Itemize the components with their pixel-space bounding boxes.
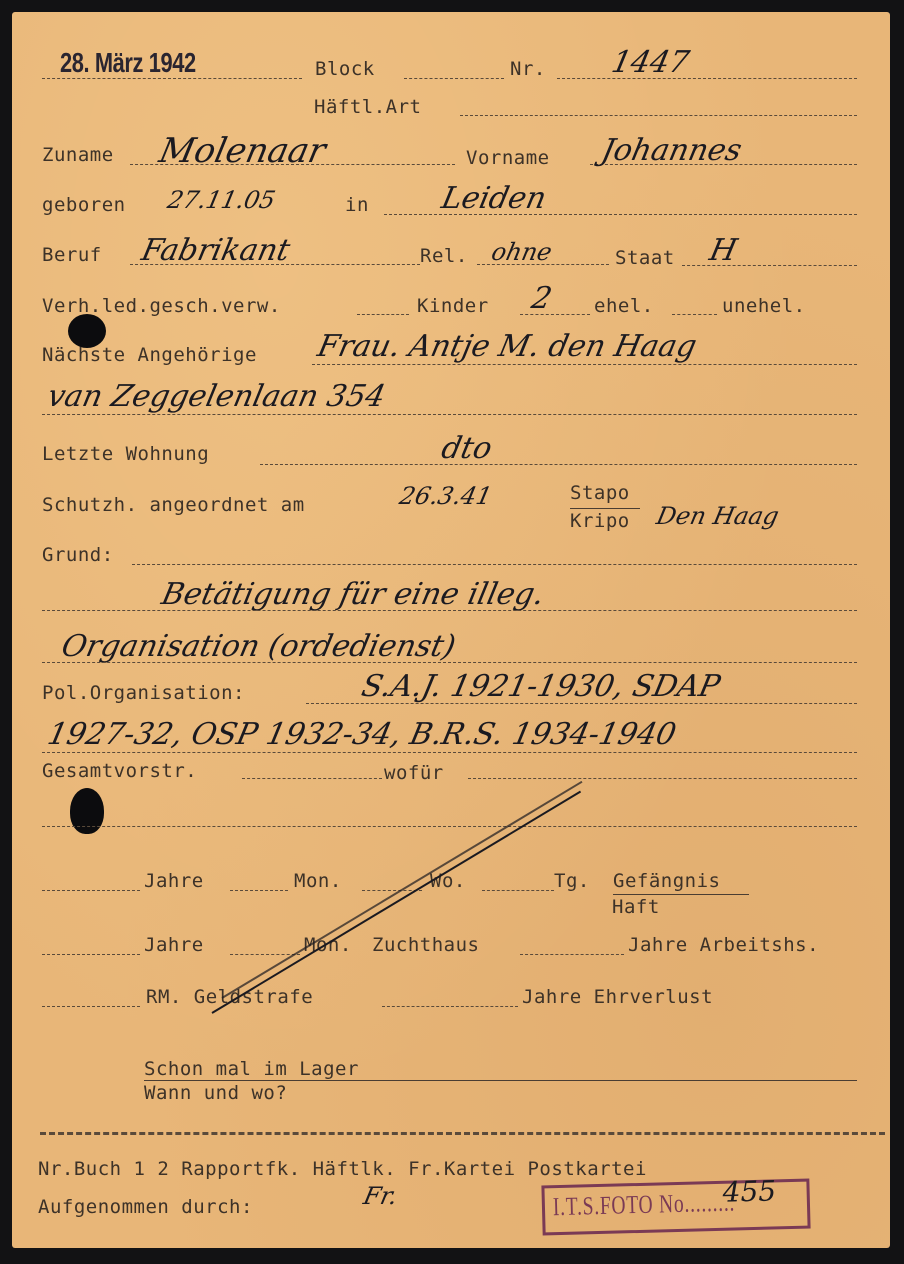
kinder-label: Kinder	[417, 297, 489, 316]
separator-line	[40, 1132, 885, 1135]
zuname-value: Molenaar	[156, 134, 328, 168]
tg-field	[482, 890, 554, 891]
grund-field-2	[42, 610, 857, 611]
lager-field	[144, 1080, 857, 1081]
haft-label: Haft	[612, 898, 660, 917]
jahre-label: Jahre	[144, 872, 204, 891]
mon-label: Mon.	[294, 872, 342, 891]
pol-org-field-2	[42, 752, 857, 753]
blank-field	[42, 826, 857, 827]
kripo-label: Kripo	[570, 512, 630, 531]
vorname-value: Johannes	[599, 136, 744, 166]
nr-value: 1447	[609, 48, 692, 78]
arbeitshs-label: Jahre Arbeitshs.	[628, 936, 819, 955]
nr-field	[557, 78, 857, 79]
angehoerige-label: Nächste Angehörige	[42, 346, 257, 365]
block-field	[404, 78, 504, 79]
pol-org-value-1: S.A.J. 1921-1930, SDAP	[359, 672, 723, 702]
staat-label: Staat	[615, 249, 675, 268]
grund-field	[132, 564, 857, 565]
wohnung-field	[260, 464, 857, 465]
gesamtvorstr-label: Gesamtvorstr.	[42, 762, 197, 781]
angehoerige-value-2: van Zeggelenlaan 354	[45, 382, 388, 412]
kripo-value: Den Haag	[654, 504, 781, 528]
its-stamp-label: I.T.S.FOTO No.........	[553, 1187, 736, 1222]
grund-value-1: Betätigung für eine illeg.	[159, 580, 547, 610]
staat-value: H	[707, 236, 740, 266]
ehrverlust-label: Jahre Ehrverlust	[522, 988, 713, 1007]
ehel-label: ehel.	[594, 297, 654, 316]
ehel-field	[672, 314, 717, 315]
haeftl-art-label: Häftl.Art	[314, 98, 421, 117]
punch-hole-top	[68, 314, 106, 348]
jahre2-label: Jahre	[144, 936, 204, 955]
its-stamp-number: 455	[722, 1174, 776, 1208]
date-underline	[42, 78, 302, 79]
wann-label: Wann und wo?	[144, 1084, 287, 1103]
schutzh-date-value: 26.3.41	[397, 484, 494, 508]
prisoner-registration-card: 28. März 1942 Block Nr. 1447 Häftl.Art Z…	[12, 12, 890, 1248]
mon-field	[230, 890, 288, 891]
stapo-divider	[570, 508, 640, 509]
wohnung-value: dto	[439, 434, 495, 464]
footer-row: Nr.Buch 1 2 Rapportfk. Häftlk. Fr.Kartei…	[38, 1160, 647, 1179]
jahre-field	[42, 890, 140, 891]
zuchthaus-label: Zuchthaus	[372, 936, 479, 955]
aufgenommen-label: Aufgenommen durch:	[38, 1198, 253, 1217]
geboren-value: 27.11.05	[165, 188, 277, 212]
wofuer-label: wofür	[384, 764, 444, 783]
angehoerige-field-2	[42, 414, 857, 415]
grund-value-2: Organisation (ordedienst)	[59, 632, 458, 662]
geboren-label: geboren	[42, 196, 126, 215]
jahre2-field	[42, 954, 140, 955]
unehel-label: unehel.	[722, 297, 806, 316]
gefaengnis-label: Gefängnis	[613, 872, 720, 891]
block-label: Block	[315, 60, 375, 79]
angehoerige-value-1: Frau. Antje M. den Haag	[315, 332, 699, 362]
its-foto-stamp: I.T.S.FOTO No......... 455	[541, 1179, 810, 1236]
grund-field-3	[42, 662, 857, 663]
arbeitshs-field	[520, 954, 624, 955]
angehoerige-field	[312, 364, 857, 365]
beruf-label: Beruf	[42, 246, 102, 265]
rel-value: ohne	[489, 240, 554, 264]
gesamtvorstr-field	[242, 778, 382, 779]
wofuer-field	[468, 778, 857, 779]
stapo-label: Stapo	[570, 484, 630, 503]
date-stamp: 28. März 1942	[60, 49, 196, 77]
pol-org-label: Pol.Organisation:	[42, 684, 245, 703]
kinder-value: 2	[529, 284, 554, 314]
tg-label: Tg.	[554, 872, 590, 891]
vorname-label: Vorname	[466, 149, 550, 168]
in-label: in	[345, 196, 369, 215]
punch-hole-bottom	[70, 788, 104, 834]
gefaengnis-divider	[613, 894, 749, 895]
lager-label: Schon mal im Lager	[144, 1060, 359, 1079]
schutzh-label: Schutzh. angeordnet am	[42, 496, 305, 515]
strike-line-1	[211, 791, 581, 1014]
aufgenommen-signature: Fr.	[361, 1184, 399, 1208]
marital-field	[357, 314, 409, 315]
marital-status-label: Verh.led.gesch.verw.	[42, 297, 281, 316]
beruf-value: Fabrikant	[139, 236, 293, 266]
rel-label: Rel.	[420, 247, 468, 266]
grund-label: Grund:	[42, 546, 114, 565]
wo-label: Wo.	[430, 872, 466, 891]
pol-org-value-2: 1927-32, OSP 1932-34, B.R.S. 1934-1940	[45, 720, 679, 750]
birthplace-value: Leiden	[439, 184, 549, 214]
zuname-label: Zuname	[42, 146, 114, 165]
wohnung-label: Letzte Wohnung	[42, 445, 209, 464]
geldstrafe-field	[42, 1006, 140, 1007]
nr-label: Nr.	[510, 60, 546, 79]
haeftl-art-field	[460, 115, 857, 116]
ehrverlust-field	[382, 1006, 518, 1007]
